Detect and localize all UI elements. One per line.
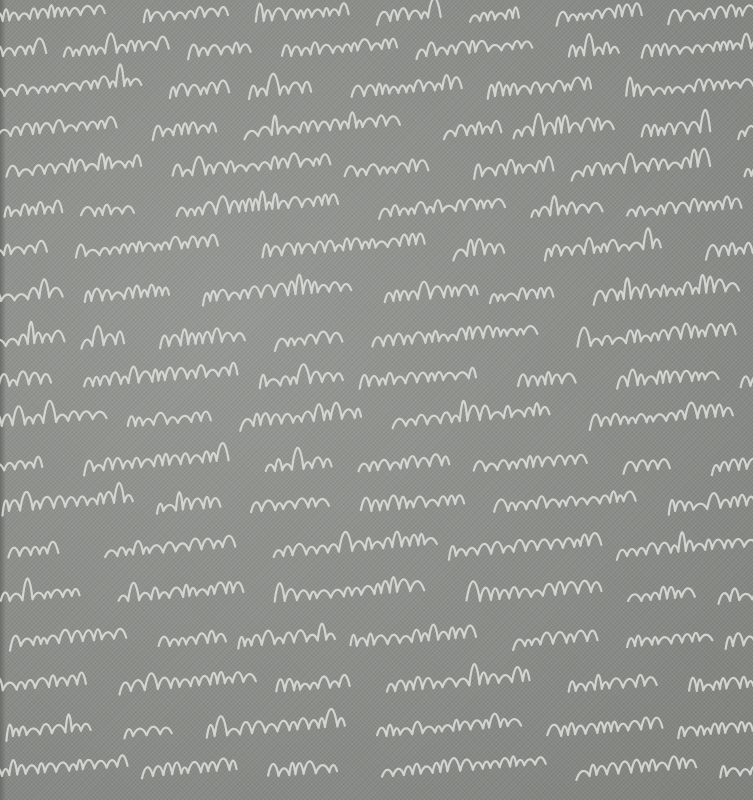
script-stroke bbox=[385, 282, 478, 302]
script-stroke bbox=[745, 161, 753, 176]
script-stroke bbox=[387, 664, 529, 692]
script-stroke bbox=[0, 241, 47, 259]
script-stroke bbox=[642, 34, 753, 58]
cursive-script-pattern bbox=[0, 0, 753, 800]
script-stroke bbox=[8, 542, 58, 558]
script-stroke bbox=[81, 205, 134, 216]
script-stroke bbox=[689, 675, 753, 691]
script-stroke bbox=[0, 38, 46, 57]
script-stroke bbox=[128, 412, 211, 426]
script-stroke bbox=[275, 577, 424, 601]
script-stroke bbox=[444, 121, 501, 139]
script-stroke bbox=[669, 489, 753, 514]
fabric-photo: Gray woven fabric with white cursive han… bbox=[0, 0, 753, 800]
script-stroke bbox=[706, 241, 753, 260]
script-stroke bbox=[0, 673, 86, 696]
script-stroke bbox=[249, 74, 311, 99]
script-stroke bbox=[256, 3, 349, 21]
script-stroke bbox=[144, 7, 228, 22]
script-stroke bbox=[382, 756, 546, 776]
script-stroke bbox=[352, 75, 462, 97]
script-stroke bbox=[572, 149, 710, 181]
script-stroke bbox=[372, 326, 537, 346]
script-stroke bbox=[569, 34, 619, 56]
script-stroke bbox=[449, 533, 601, 559]
script-stroke bbox=[359, 454, 450, 471]
script-stroke bbox=[678, 718, 753, 738]
script-stroke bbox=[360, 368, 476, 389]
script-stroke bbox=[393, 401, 550, 428]
script-stroke bbox=[84, 363, 237, 386]
script-stroke bbox=[0, 322, 64, 347]
script-stroke bbox=[490, 288, 553, 303]
script-stroke bbox=[514, 114, 614, 138]
script-stroke bbox=[738, 114, 753, 139]
script-stroke bbox=[268, 761, 337, 776]
script-stroke bbox=[0, 117, 117, 138]
script-stroke bbox=[594, 275, 739, 305]
script-stroke bbox=[474, 157, 553, 179]
script-stroke bbox=[624, 459, 670, 474]
script-stroke bbox=[0, 5, 105, 21]
script-stroke bbox=[203, 275, 351, 306]
script-stroke bbox=[576, 756, 696, 779]
script-stroke bbox=[6, 714, 90, 741]
script-stroke bbox=[245, 112, 400, 139]
script-stroke bbox=[251, 498, 329, 512]
script-stroke bbox=[470, 7, 519, 21]
script-stroke bbox=[712, 458, 753, 475]
script-stroke bbox=[377, 0, 441, 25]
script-stroke bbox=[531, 196, 602, 217]
script-stroke bbox=[590, 403, 733, 430]
script-stroke bbox=[351, 625, 477, 646]
script-stroke bbox=[578, 324, 736, 347]
script-stroke bbox=[379, 199, 505, 219]
script-stroke bbox=[159, 631, 226, 646]
script-stroke bbox=[474, 455, 587, 471]
script-stroke bbox=[377, 714, 521, 736]
script-stroke bbox=[617, 370, 718, 389]
script-stroke bbox=[0, 401, 107, 426]
script-stroke bbox=[617, 523, 753, 559]
script-stroke bbox=[467, 581, 602, 601]
script-stroke bbox=[719, 581, 753, 603]
script-stroke bbox=[282, 39, 397, 56]
script-stroke bbox=[125, 727, 172, 739]
script-stroke bbox=[207, 709, 345, 738]
script-stroke bbox=[627, 633, 712, 647]
script-stroke bbox=[142, 759, 237, 779]
script-stroke bbox=[741, 363, 753, 387]
script-stroke bbox=[0, 755, 128, 776]
script-stroke bbox=[85, 285, 169, 302]
script-stroke bbox=[238, 624, 335, 649]
script-stroke bbox=[545, 228, 661, 260]
script-stroke bbox=[488, 78, 591, 99]
script-stroke bbox=[0, 457, 42, 475]
script-stroke bbox=[513, 631, 597, 650]
script-stroke bbox=[173, 153, 331, 176]
script-stroke bbox=[0, 64, 141, 99]
script-stroke bbox=[240, 403, 361, 431]
script-stroke bbox=[266, 448, 332, 471]
script-stroke bbox=[276, 675, 349, 691]
script-stroke bbox=[64, 34, 169, 57]
script-stroke bbox=[263, 234, 425, 258]
script-stroke bbox=[642, 110, 711, 137]
script-stroke bbox=[105, 536, 235, 557]
script-stroke bbox=[10, 629, 126, 651]
script-stroke bbox=[274, 532, 437, 557]
script-stroke bbox=[0, 279, 63, 301]
script-stroke bbox=[726, 629, 753, 649]
script-stroke bbox=[720, 748, 753, 778]
script-stroke bbox=[5, 201, 63, 217]
script-stroke bbox=[626, 64, 753, 96]
script-stroke bbox=[627, 196, 741, 216]
script-stroke bbox=[120, 672, 256, 694]
script-stroke bbox=[417, 41, 533, 59]
script-stroke bbox=[84, 443, 229, 475]
script-stroke bbox=[668, 3, 753, 25]
script-stroke bbox=[1, 578, 80, 601]
script-stroke bbox=[260, 364, 343, 388]
script-stroke bbox=[453, 239, 504, 260]
script-stroke bbox=[494, 491, 635, 511]
script-stroke bbox=[157, 492, 220, 513]
script-stroke bbox=[177, 191, 338, 216]
script-stroke bbox=[81, 326, 124, 348]
script-stroke bbox=[6, 154, 141, 177]
script-stroke bbox=[119, 582, 244, 601]
script-stroke bbox=[3, 483, 133, 516]
script-stroke bbox=[361, 495, 464, 511]
script-stroke bbox=[518, 372, 576, 386]
script-stroke bbox=[170, 81, 229, 98]
script-stroke bbox=[76, 235, 218, 258]
script-stroke bbox=[345, 159, 429, 176]
script-stroke bbox=[557, 3, 642, 25]
script-stroke bbox=[0, 371, 51, 386]
script-stroke bbox=[547, 718, 662, 736]
script-stroke bbox=[153, 122, 216, 140]
script-stroke bbox=[275, 332, 342, 351]
script-stroke bbox=[188, 43, 251, 60]
script-stroke bbox=[160, 328, 245, 348]
script-stroke bbox=[569, 675, 657, 692]
script-stroke bbox=[628, 587, 695, 601]
